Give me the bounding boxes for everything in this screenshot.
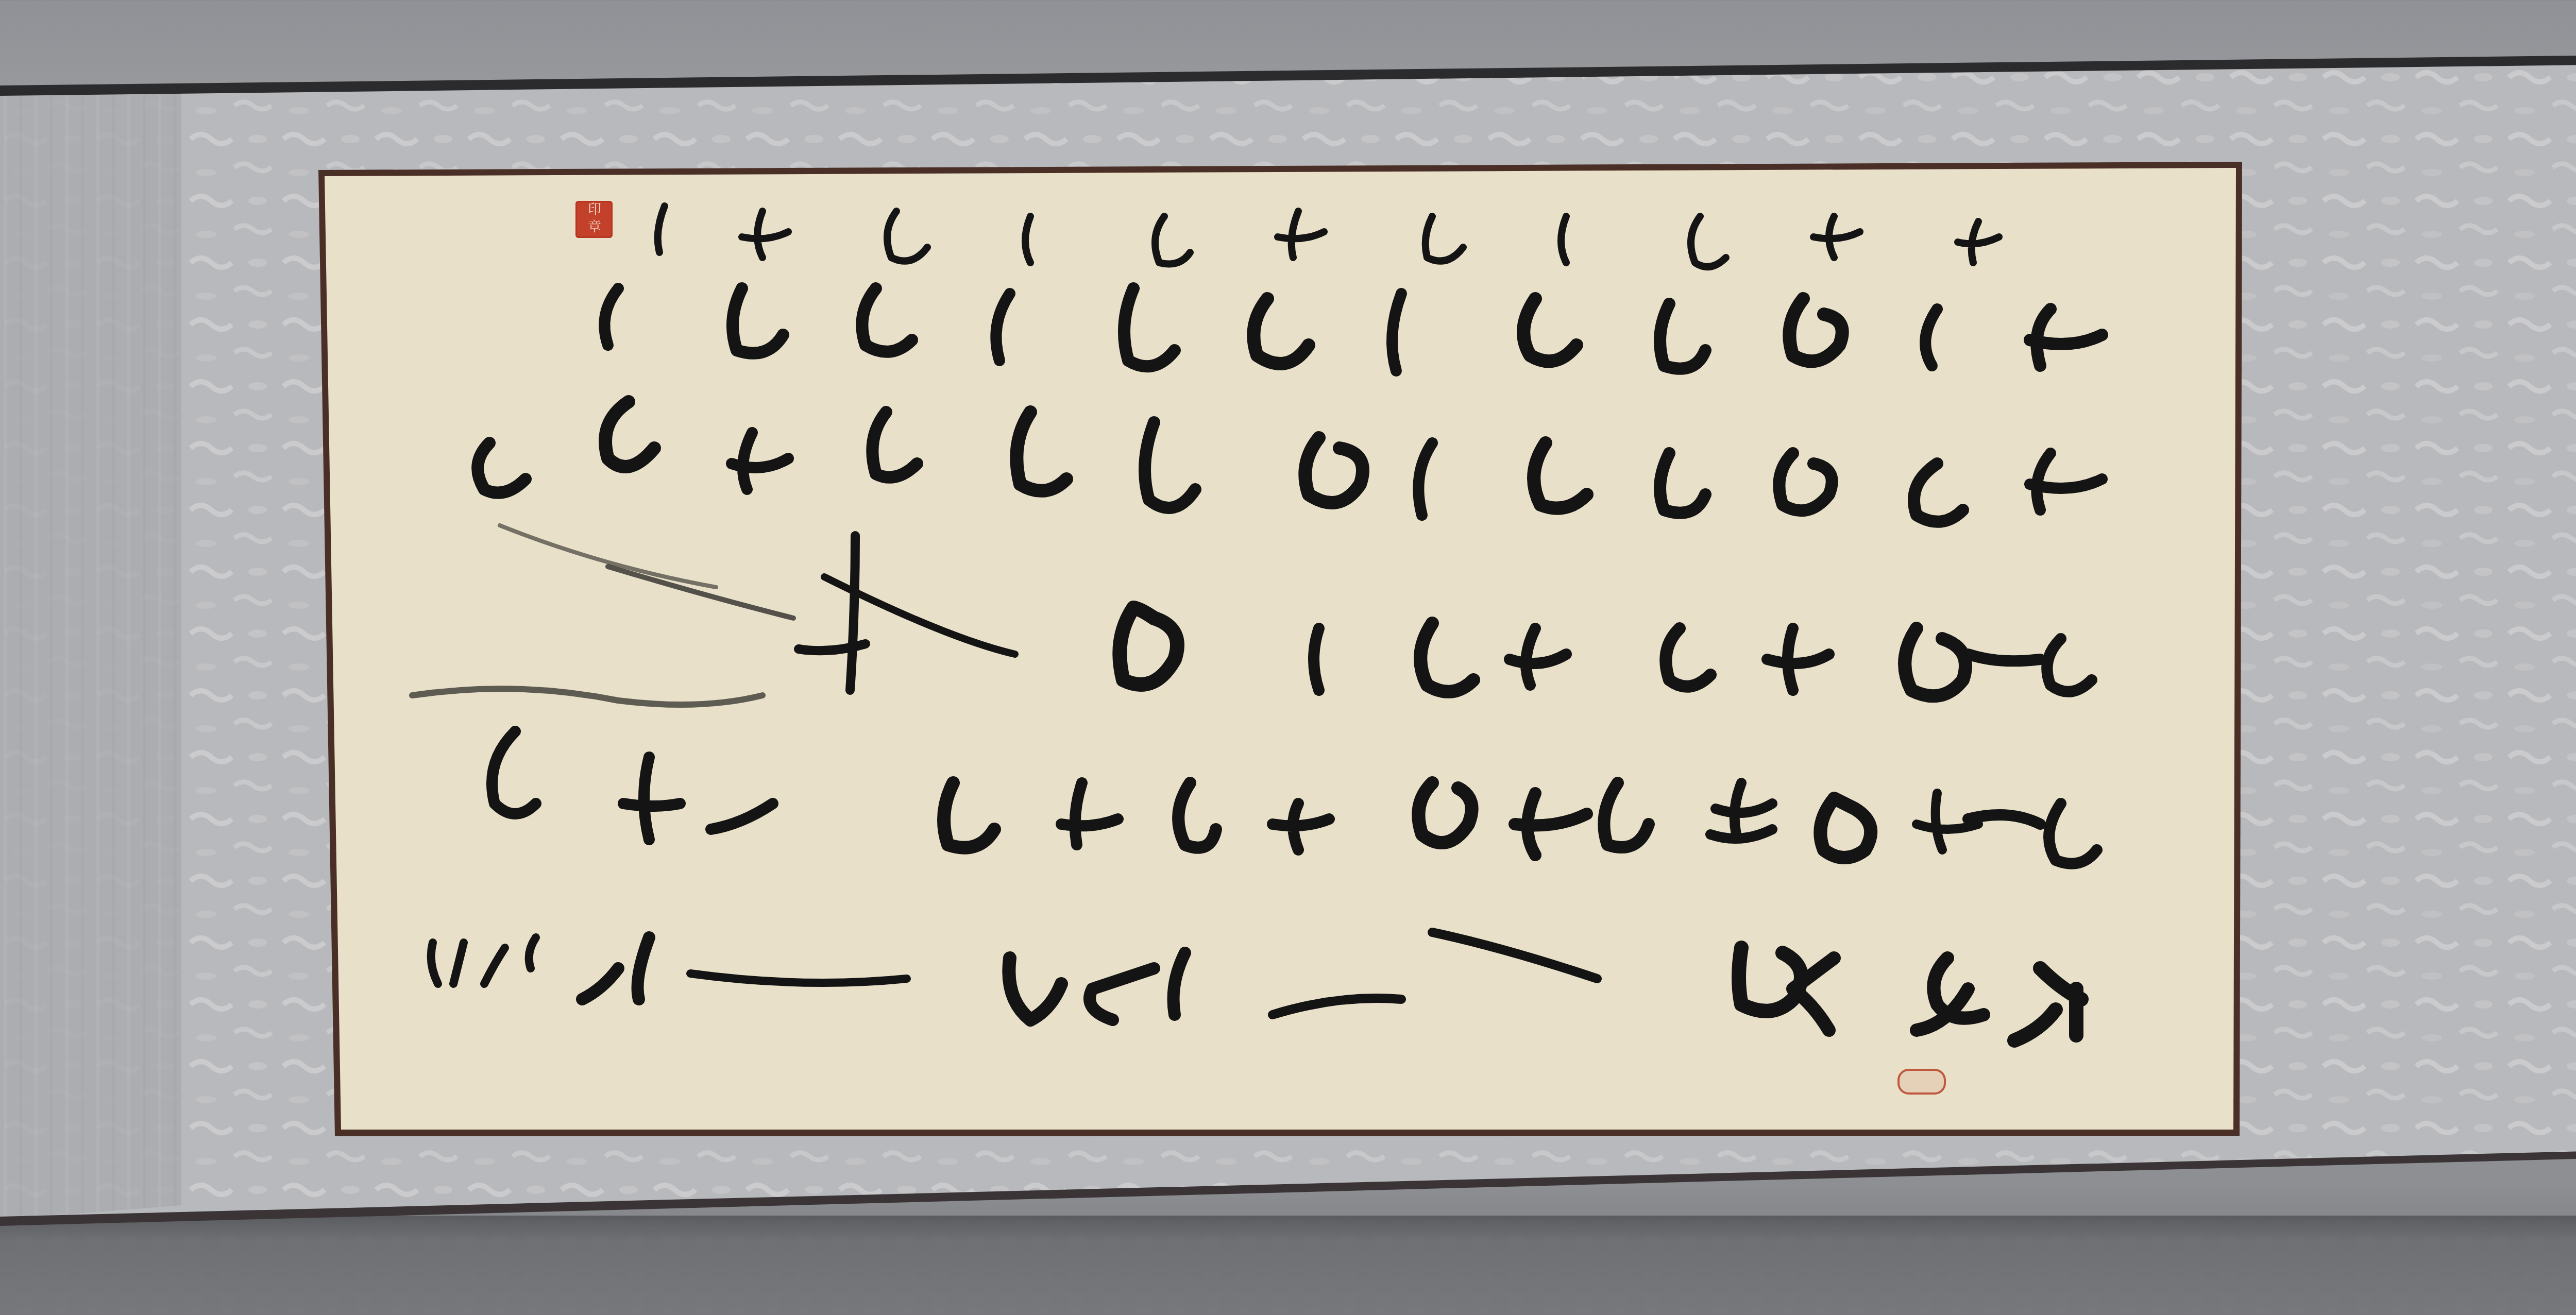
seal-glyphs: 印章 — [575, 201, 613, 238]
oval-seal — [1897, 1069, 1946, 1095]
scroll-mounting — [0, 0, 2576, 1315]
square-seal: 印章 — [575, 201, 613, 238]
hanging-scroll: 印章 — [0, 0, 2576, 1315]
